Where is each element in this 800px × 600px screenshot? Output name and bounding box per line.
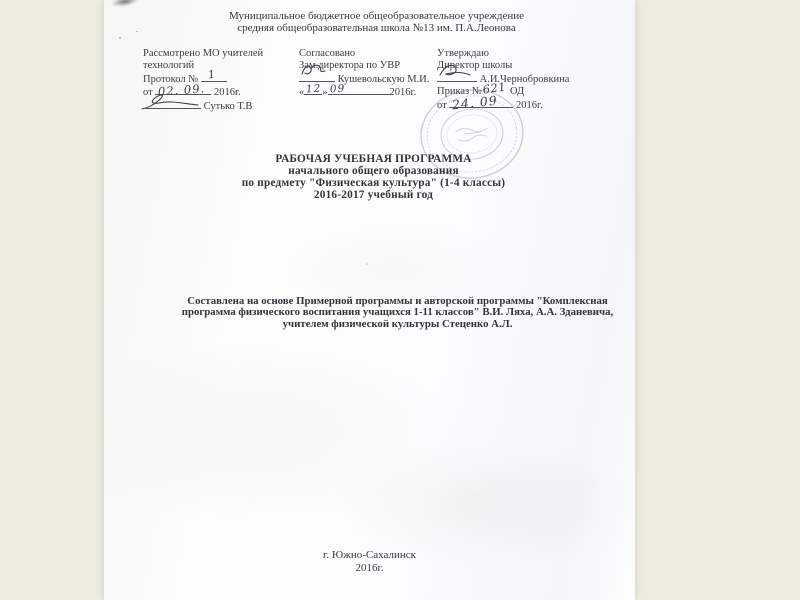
approved-signature-line: А.И.Чернобровкина <box>437 72 615 86</box>
date-prefix: от <box>437 100 447 111</box>
year-label: 2016г. <box>390 87 417 98</box>
based-on-paragraph: Составлена на основе Примерной программы… <box>132 296 663 330</box>
agreed-signature-line: Кушевольскую М.И. <box>299 72 451 86</box>
agreed-date-line: «12»092016г. <box>299 85 451 99</box>
reviewed-signature-line: Сутько Т.В <box>143 99 295 113</box>
city-line: г. Южно-Сахалинск <box>104 549 635 562</box>
scan-smudge <box>110 0 139 8</box>
agreed-title: Согласовано <box>299 48 451 60</box>
protocol-number-handwriting: 1 <box>207 68 217 81</box>
year-label: 2016г. <box>214 87 241 98</box>
agreed-signature-blank <box>299 72 335 82</box>
program-title-block: РАБОЧАЯ УЧЕБНАЯ ПРОГРАММА начального общ… <box>108 153 639 201</box>
reviewed-subject: технологий <box>143 60 295 72</box>
document-page: Муниципальное бюджетное общеобразователь… <box>104 0 635 600</box>
approved-block: Утверждаю Директор школы А.И.Чернобровки… <box>437 48 615 112</box>
agreed-month-handwriting: 09 <box>329 83 345 96</box>
agreed-initials-icon <box>299 61 329 78</box>
based-on-line: учителем физической культуры Стеценко А.… <box>132 319 663 330</box>
reviewed-signer-name: Сутько Т.В <box>204 101 253 112</box>
school-year-line: 2016-2017 учебный год <box>108 189 639 201</box>
org-name-line: Муниципальное бюджетное общеобразователь… <box>104 10 635 22</box>
document-footer: г. Южно-Сахалинск 2016г. <box>104 549 635 574</box>
reviewed-title: Рассмотрено МО учителей <box>143 48 295 60</box>
agreed-day-handwriting: 12 <box>306 83 322 96</box>
year-label: 2016г. <box>516 100 543 111</box>
approved-signature-icon <box>438 62 472 79</box>
agreed-block: Согласовано Зам.директора по УВР Кушевол… <box>299 48 451 99</box>
approved-date-handwriting: 24. 09 <box>452 95 499 112</box>
reviewed-block: Рассмотрено МО учителей технологий Прото… <box>143 48 295 113</box>
year-line: 2016г. <box>104 562 635 575</box>
reviewed-signature-blank <box>143 99 201 109</box>
approved-title: Утверждаю <box>437 48 615 60</box>
approved-date-line: от 24. 09 2016г. <box>437 98 615 112</box>
approved-date-blank: 24. 09 <box>449 98 513 108</box>
agreed-signer-name: Кушевольскую М.И. <box>338 74 430 85</box>
document-header: Муниципальное бюджетное общеобразователь… <box>104 10 635 34</box>
paper-speck <box>119 37 121 39</box>
agreed-month-blank: 09 <box>328 85 390 95</box>
approved-signature-blank <box>437 72 477 82</box>
order-suffix: ОД <box>510 86 524 97</box>
subject-line: по предмету "Физическая культура" (1-4 к… <box>108 177 639 189</box>
school-name-line: средняя общеобразовательная школа №13 им… <box>104 22 635 34</box>
education-level: начального общего образования <box>108 165 639 177</box>
agreed-day-blank: 12 <box>304 85 322 95</box>
program-title: РАБОЧАЯ УЧЕБНАЯ ПРОГРАММА <box>108 153 639 165</box>
paper-speck <box>366 263 368 265</box>
protocol-number-blank: 1 <box>201 72 227 82</box>
